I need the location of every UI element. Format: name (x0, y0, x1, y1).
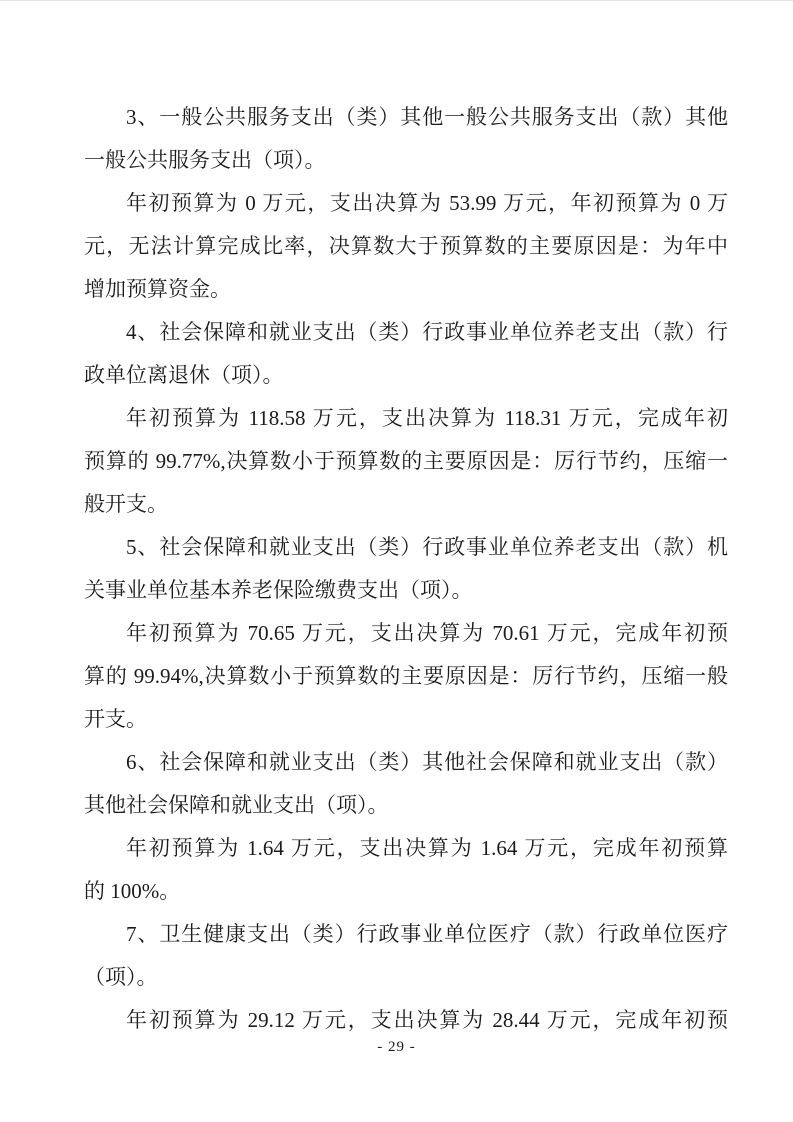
text-line: 预算的 99.77%,决算数小于预算数的主要原因是：厉行节约，压缩一 (84, 440, 728, 483)
text-line: 年初预算为 70.65 万元，支出决算为 70.61 万元，完成年初预 (84, 612, 728, 655)
page-number: - 29 - (0, 1036, 793, 1058)
text-line: 4、社会保障和就业支出（类）行政事业单位养老支出（款）行 (84, 311, 728, 354)
text-line: 年初预算为 0 万元，支出决算为 53.99 万元，年初预算为 0 万 (84, 182, 728, 225)
scan-edge (0, 0, 793, 1)
text-line: 5、社会保障和就业支出（类）行政事业单位养老支出（款）机 (84, 526, 728, 569)
text-line: 关事业单位基本养老保险缴费支出（项）。 (84, 569, 728, 612)
text-line: （项）。 (84, 956, 728, 999)
text-line: 3、一般公共服务支出（类）其他一般公共服务支出（款）其他 (84, 96, 728, 139)
text-line: 其他社会保障和就业支出（项）。 (84, 784, 728, 827)
text-line: 元，无法计算完成比率，决算数大于预算数的主要原因是：为年中 (84, 225, 728, 268)
document-page: 3、一般公共服务支出（类）其他一般公共服务支出（款）其他一般公共服务支出（项）。… (0, 0, 793, 1122)
text-line: 7、卫生健康支出（类）行政事业单位医疗（款）行政单位医疗 (84, 913, 728, 956)
text-line: 年初预算为 118.58 万元，支出决算为 118.31 万元，完成年初 (84, 397, 728, 440)
text-line: 开支。 (84, 698, 728, 741)
document-body: 3、一般公共服务支出（类）其他一般公共服务支出（款）其他一般公共服务支出（项）。… (84, 96, 728, 1042)
text-line: 6、社会保障和就业支出（类）其他社会保障和就业支出（款） (84, 741, 728, 784)
text-line: 般开支。 (84, 483, 728, 526)
text-line: 算的 99.94%,决算数小于预算数的主要原因是：厉行节约，压缩一般 (84, 655, 728, 698)
text-line: 年初预算为 1.64 万元，支出决算为 1.64 万元，完成年初预算 (84, 827, 728, 870)
text-line: 一般公共服务支出（项）。 (84, 139, 728, 182)
text-line: 的 100%。 (84, 870, 728, 913)
text-line: 增加预算资金。 (84, 268, 728, 311)
text-line: 政单位离退休（项）。 (84, 354, 728, 397)
